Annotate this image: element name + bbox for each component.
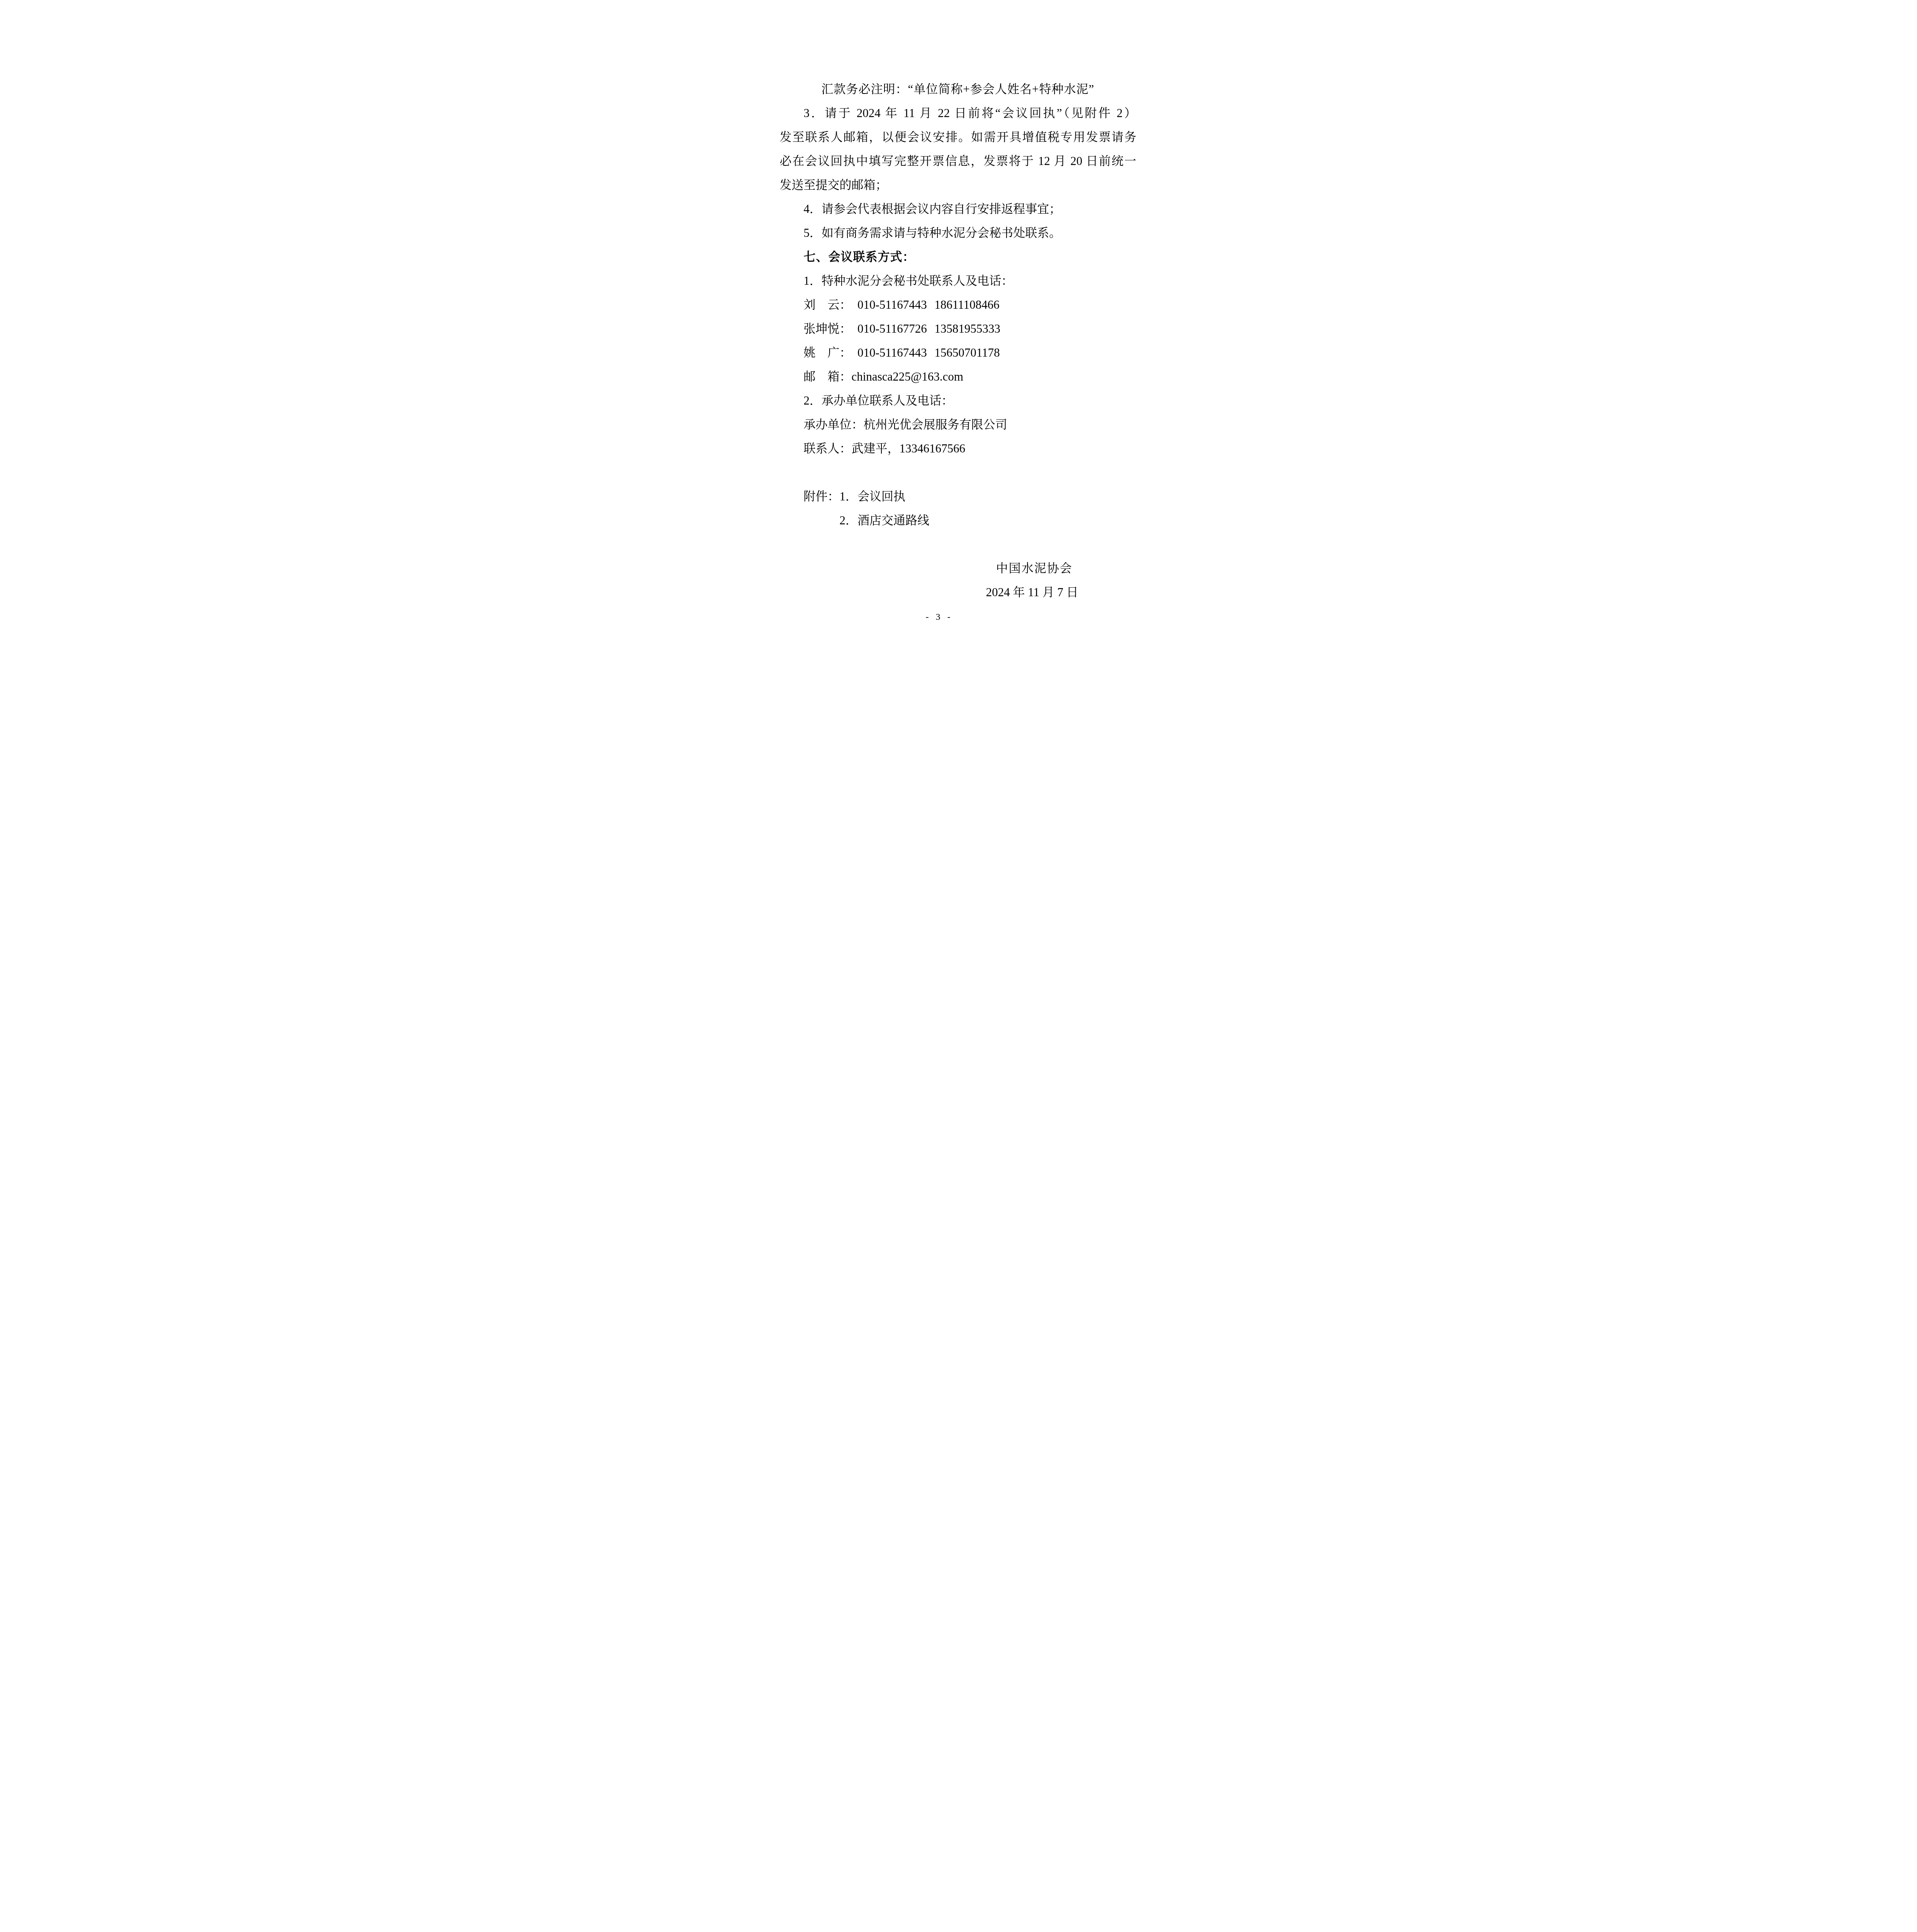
item3-line1: 3．请于 2024 年 11 月 22 日前将“会议回执”（见附件 2）: [780, 101, 1136, 125]
contacts-intro: 1．特种水泥分会秘书处联系人及电话：: [804, 269, 1136, 293]
organizer-contact: 联系人：武建平，13346167566: [804, 437, 1136, 461]
remittance-note: 汇款务必注明：“单位简称+参会人姓名+特种水泥”: [822, 77, 1136, 101]
item5: 5．如有商务需求请与特种水泥分会秘书处联系。: [804, 221, 1136, 245]
organizer-intro: 2．承办单位联系人及电话：: [804, 389, 1136, 413]
attachments-line1: 附件：1．会议回执: [804, 485, 1136, 509]
section7-heading: 七、会议联系方式：: [804, 245, 1136, 269]
signature-date: 2024 年 11 月 7 日: [986, 580, 1136, 604]
contact-liu-yun: 刘 云： 010-51167443 18611108466: [804, 293, 1136, 317]
blank-line: [780, 461, 1136, 485]
document-page: 汇款务必注明：“单位简称+参会人姓名+特种水泥” 3．请于 2024 年 11 …: [719, 0, 1198, 678]
item3-line3: 必在会议回执中填写完整开票信息，发票将于 12 月 20 日前统一: [780, 149, 1136, 173]
item4: 4．请参会代表根据会议内容自行安排返程事宜；: [804, 197, 1136, 221]
page-number: - 3 -: [719, 611, 1179, 623]
item3-line4: 发送至提交的邮箱；: [780, 173, 1136, 197]
contact-zhang-kunyue: 张坤悦： 010-51167726 13581955333: [804, 317, 1136, 341]
attachments-line2: 2．酒店交通路线: [840, 509, 1136, 532]
organizer-company: 承办单位：杭州光优会展服务有限公司: [804, 413, 1136, 437]
item3-line2: 发至联系人邮箱，以便会议安排。如需开具增值税专用发票请务: [780, 125, 1136, 149]
contact-yao-guang: 姚 广： 010-51167443 15650701178: [804, 341, 1136, 365]
blank-line: [780, 532, 1136, 556]
contact-email: 邮 箱：chinasca225@163.com: [804, 365, 1136, 389]
signature-organization: 中国水泥协会: [996, 556, 1136, 580]
